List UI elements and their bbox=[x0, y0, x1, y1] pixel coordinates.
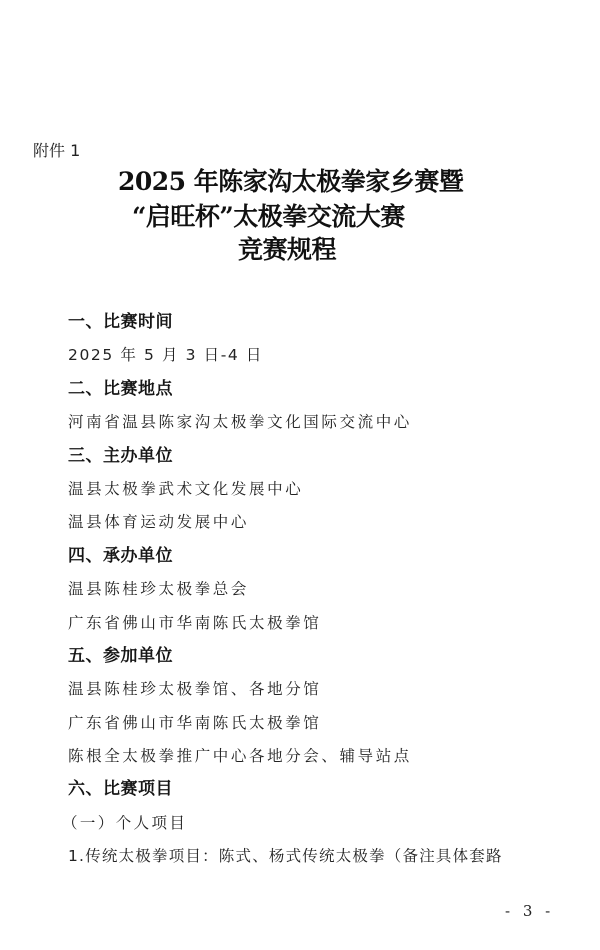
section-text-host-1: 温县陈桂珍太极拳总会 bbox=[68, 575, 588, 608]
section-text-organizer-1: 温县太极拳武术文化发展中心 bbox=[68, 475, 588, 508]
section-text-host-2: 广东省佛山市华南陈氏太极拳馆 bbox=[68, 609, 588, 642]
document-body: 一、比赛时间 2025 年 5 月 3 日-4 日 二、比赛地点 河南省温县陈家… bbox=[68, 308, 588, 876]
section-heading-venue: 二、比赛地点 bbox=[68, 375, 588, 408]
section-text-participant-3: 陈根全太极拳推广中心各地分会、辅导站点 bbox=[68, 742, 588, 775]
section-heading-events: 六、比赛项目 bbox=[68, 775, 588, 808]
section-heading-organizer: 三、主办单位 bbox=[68, 442, 588, 475]
section-text-event-1: 1.传统太极拳项目：陈式、杨式传统太极拳（备注具体套路 bbox=[68, 842, 588, 875]
attachment-label: 附件 1 bbox=[33, 141, 80, 161]
section-heading-host: 四、承办单位 bbox=[68, 542, 588, 575]
page-number: - 3 - bbox=[505, 902, 554, 920]
title-line-2: “启旺杯”太极拳交流大赛 bbox=[132, 201, 405, 233]
section-subheading-individual: （一）个人项目 bbox=[62, 809, 588, 842]
section-heading-participants: 五、参加单位 bbox=[68, 642, 588, 675]
document-page: 附件 1 2025 年陈家沟太极拳家乡赛暨 “启旺杯”太极拳交流大赛 竞赛规程 … bbox=[0, 0, 600, 950]
title-line-1: 2025 年陈家沟太极拳家乡赛暨 bbox=[118, 166, 463, 198]
title-line-3: 竞赛规程 bbox=[238, 234, 336, 266]
section-text-date: 2025 年 5 月 3 日-4 日 bbox=[68, 341, 588, 374]
section-text-venue: 河南省温县陈家沟太极拳文化国际交流中心 bbox=[68, 408, 588, 441]
section-text-organizer-2: 温县体育运动发展中心 bbox=[68, 508, 588, 541]
section-text-participant-1: 温县陈桂珍太极拳馆、各地分馆 bbox=[68, 675, 588, 708]
section-text-participant-2: 广东省佛山市华南陈氏太极拳馆 bbox=[68, 709, 588, 742]
section-heading-time: 一、比赛时间 bbox=[68, 308, 588, 341]
